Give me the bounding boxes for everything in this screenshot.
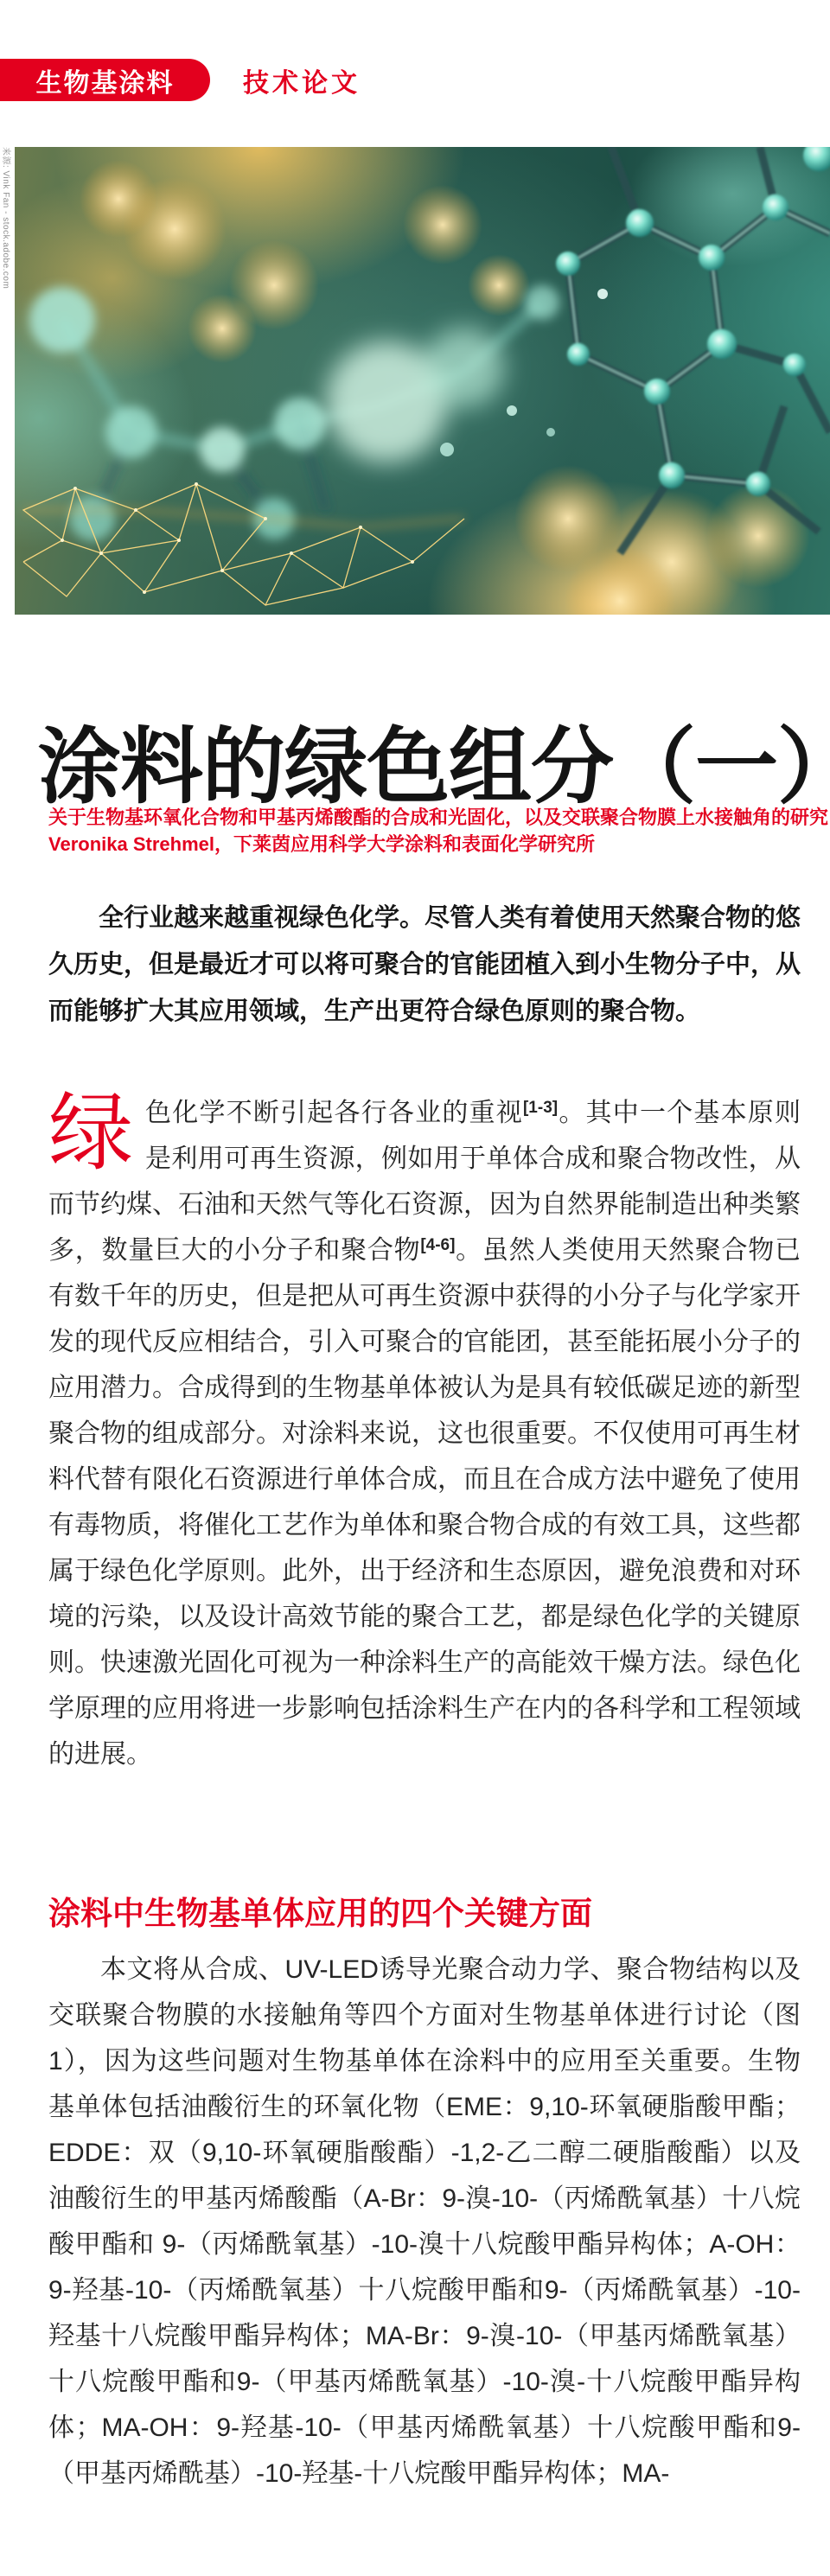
article-type-label: 技术论文 xyxy=(243,59,361,101)
image-credit: 来源: Vink Fan - stock.adobe.com xyxy=(1,147,14,289)
article-byline: Veronika Strehmel，下莱茵应用科学大学涂料和表面化学研究所 xyxy=(48,831,828,858)
body-paragraph-2: 本文将从合成、UV-LED诱导光聚合动力学、聚合物结构以及交联聚合物膜的水接触角… xyxy=(48,1947,801,2496)
drop-cap: 绿 xyxy=(48,1090,145,1170)
para1-text-1: 色化学不断引起各行各业的重视 xyxy=(145,1099,523,1127)
article-subtitle: 关于生物基环氧化合物和甲基丙烯酸酯的合成和光固化，以及交联聚合物膜上水接触角的研… xyxy=(48,804,828,831)
reference-superscript-2: [4-6] xyxy=(420,1236,455,1254)
soft-center-sphere xyxy=(326,328,504,462)
magazine-page: { "page": { "background": "#ffffff", "ac… xyxy=(0,0,830,2576)
reference-superscript-1: [1-3] xyxy=(523,1099,558,1117)
body-paragraph-1: 绿色化学不断引起各行各业的重视[1-3]。其中一个基本原则是利用可再生资源，例如… xyxy=(48,1090,801,1777)
category-badge: 生物基涂料 xyxy=(0,59,210,101)
lead-paragraph: 全行业越来越重视绿色化学。尽管人类有着使用天然聚合物的悠久历史，但是最近才可以将… xyxy=(48,895,801,1035)
section-heading: 涂料中生物基单体应用的四个关键方面 xyxy=(48,1887,592,1934)
lattice-nodes xyxy=(556,147,830,496)
para1-text-3: 。虽然人类使用天然聚合物已有数千年的历史，但是把从可再生资源中获得的小分子与化学… xyxy=(48,1236,801,1769)
category-badge-label: 生物基涂料 xyxy=(36,61,175,99)
hero-image xyxy=(15,147,830,615)
molecule-network-graphic xyxy=(15,147,830,615)
subtitle-block: 关于生物基环氧化合物和甲基丙烯酸酯的合成和光固化，以及交联聚合物膜上水接触角的研… xyxy=(48,804,828,858)
article-type-text: 技术论文 xyxy=(243,61,361,99)
article-title: 涂料的绿色组分（一） xyxy=(38,723,830,813)
